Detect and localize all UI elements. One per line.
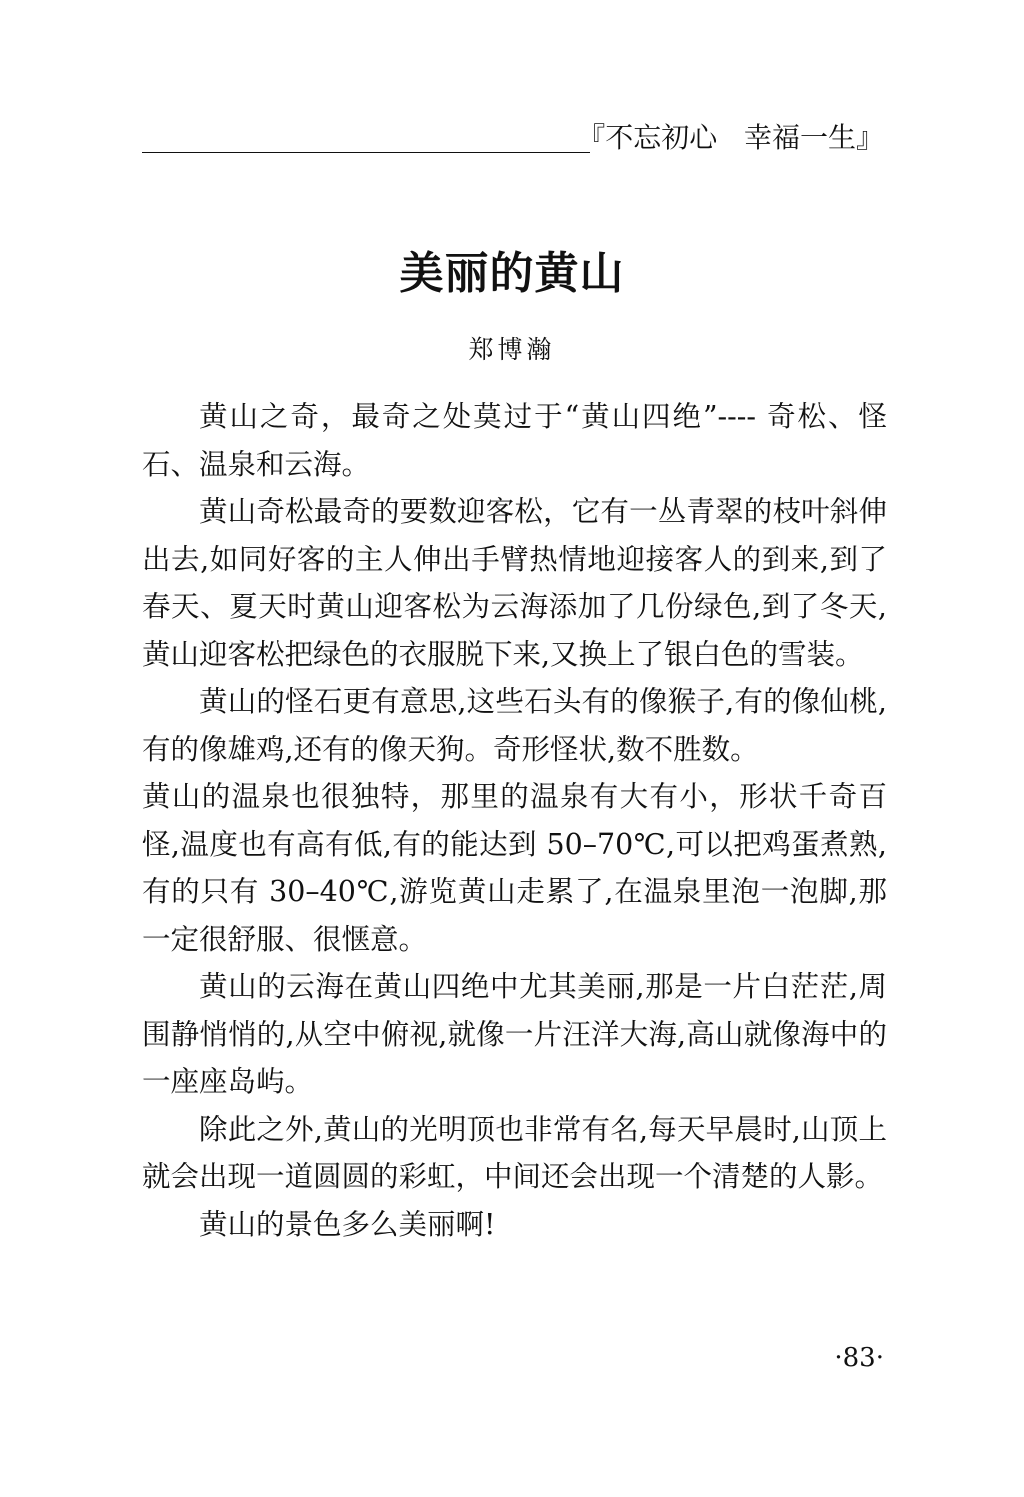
running-title: 『不忘初心 幸福一生』 — [577, 122, 884, 154]
paragraph: 除此之外,黄山的光明顶也非常有名,每天早晨时,山顶上就会出现一道圆圆的彩虹，中间… — [142, 1106, 887, 1201]
paragraph: 黄山的温泉也很独特，那里的温泉有大有小，形状千奇百怪,温度也有高有低,有的能达到… — [142, 773, 887, 963]
paragraph: 黄山奇松最奇的要数迎客松，它有一丛青翠的枝叶斜伸出去,如同好客的主人伸出手臂热情… — [142, 488, 887, 678]
paragraph: 黄山之奇，最奇之处莫过于“黄山四绝”---- 奇松、怪石、温泉和云海。 — [142, 393, 887, 488]
header-rule — [142, 152, 590, 153]
article-author: 郑博瀚 — [0, 334, 1024, 366]
article-body: 黄山之奇，最奇之处莫过于“黄山四绝”---- 奇松、怪石、温泉和云海。 黄山奇松… — [142, 393, 887, 1248]
page-number: ·83· — [834, 1342, 884, 1374]
running-header: 『不忘初心 幸福一生』 — [142, 118, 884, 158]
article-title: 美丽的黄山 — [0, 246, 1024, 302]
paragraph: 黄山的怪石更有意思,这些石头有的像猴子,有的像仙桃,有的像雄鸡,还有的像天狗。奇… — [142, 678, 887, 773]
paragraph: 黄山的景色多么美丽啊! — [142, 1201, 887, 1249]
paragraph: 黄山的云海在黄山四绝中尤其美丽,那是一片白茫茫,周围静悄悄的,从空中俯视,就像一… — [142, 963, 887, 1106]
